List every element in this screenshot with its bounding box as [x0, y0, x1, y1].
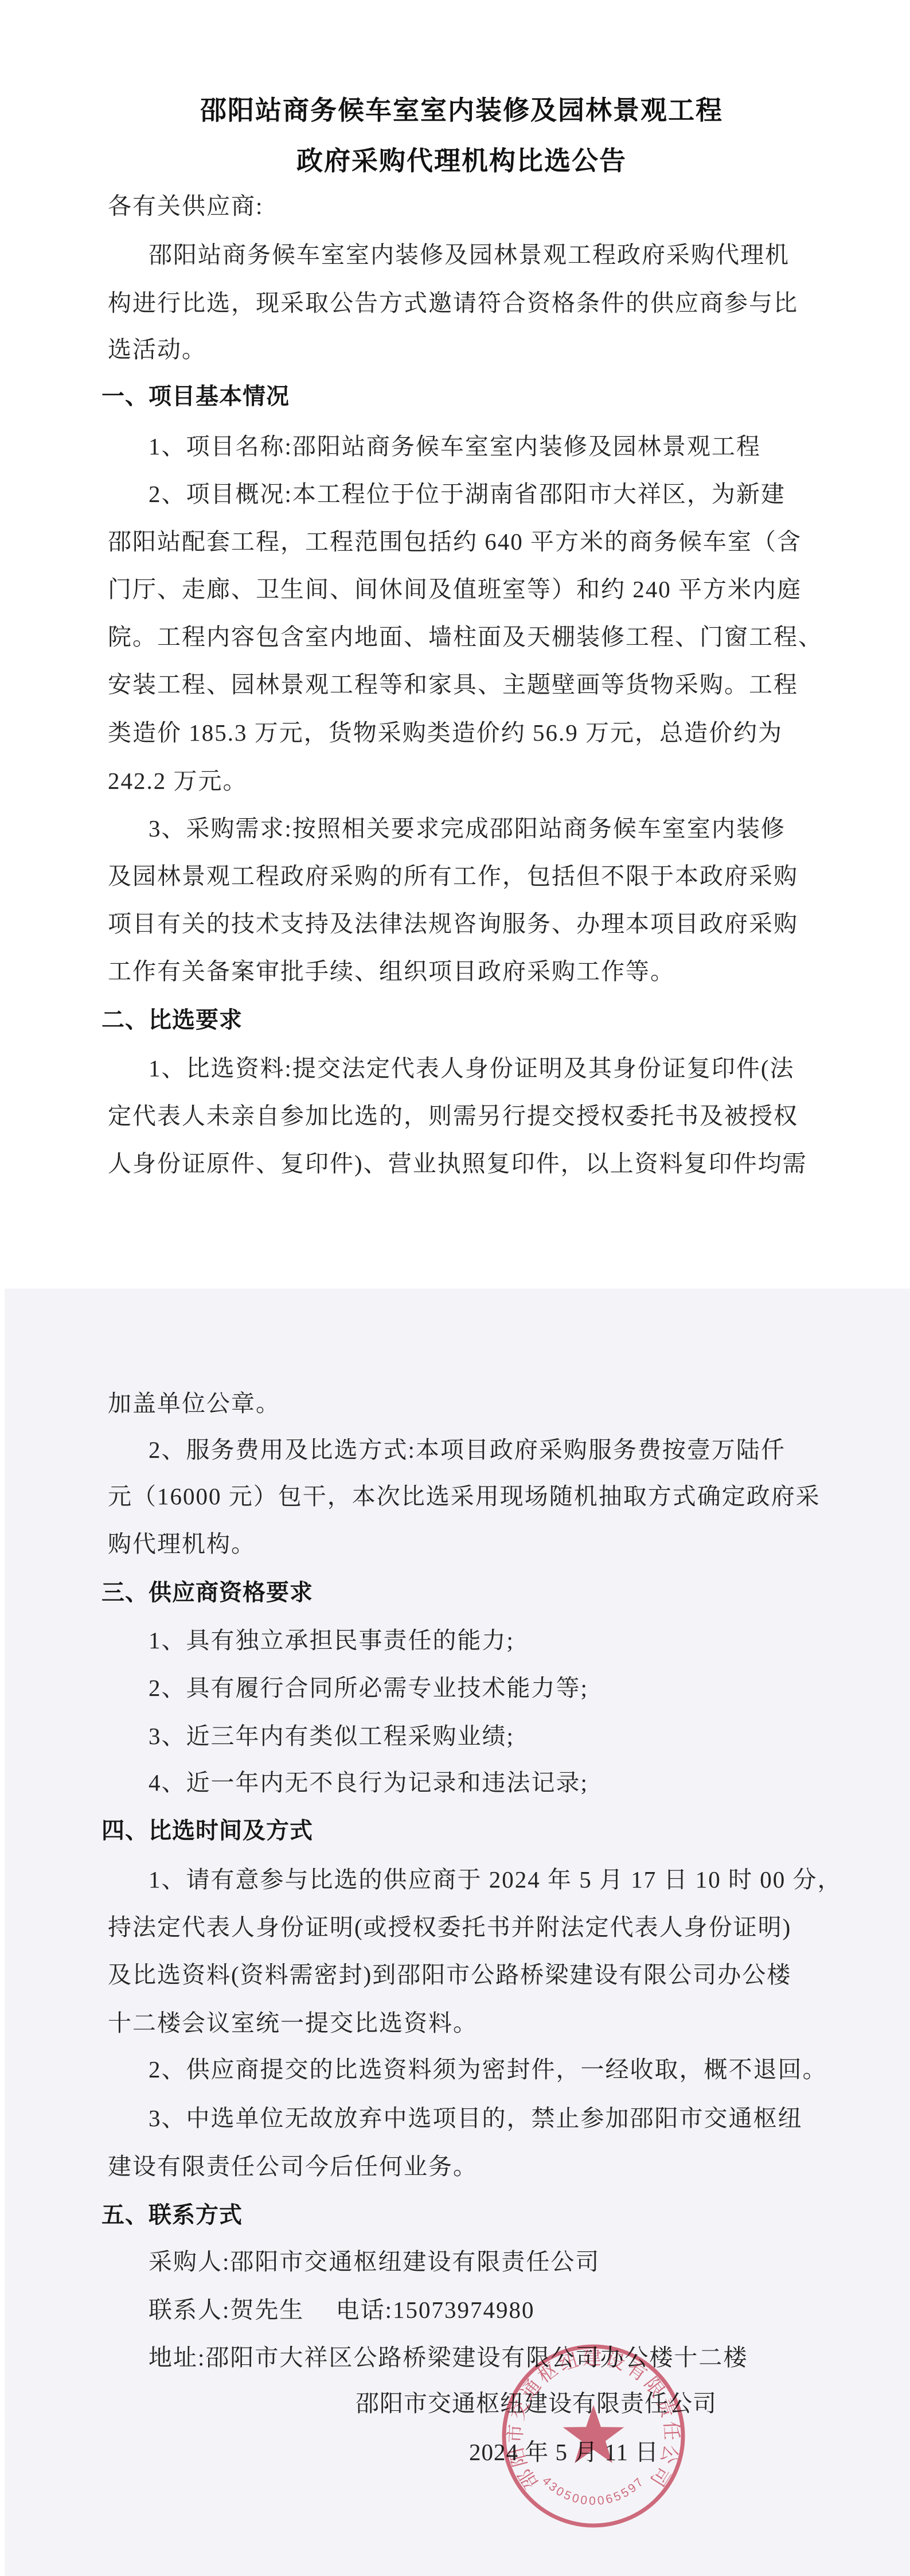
purchaser-line: 采购人:邵阳市交通枢纽建设有限责任公司: [149, 2247, 600, 2277]
doc-line: 3、近三年内有类似工程采购业绩;: [149, 1721, 514, 1751]
scanned-document: 邵阳站商务候车室室内装修及园林景观工程 政府采购代理机构比选公告 各有关供应商:…: [0, 0, 910, 2576]
doc-line: 建设有限责任公司今后任何业务。: [108, 2151, 478, 2181]
doc-line: 2、供应商提交的比选资料须为密封件，一经收取，概不退回。: [149, 2054, 827, 2084]
svg-text:4305000065597: 4305000065597: [540, 2474, 647, 2508]
doc-line: 项目有关的技术支持及法律法规咨询服务、办理本项目政府采购: [108, 909, 798, 939]
section-heading-2: 二、比选要求: [101, 1005, 243, 1035]
doc-line: 1、具有独立承担民事责任的能力;: [149, 1625, 514, 1655]
doc-line: 持法定代表人身份证明(或授权委托书并附法定代表人身份证明): [108, 1912, 791, 1942]
doc-line: 4、近一年内无不良行为记录和违法记录;: [149, 1768, 588, 1797]
doc-line: 类造价 185.3 万元，货物采购类造价约 56.9 万元，总造价约为: [108, 718, 783, 748]
doc-line: 定代表人未亲自参加比选的，则需另行提交授权委托书及被授权: [108, 1101, 798, 1131]
doc-line: 2、项目概况:本工程位于位于湖南省邵阳市大祥区，为新建: [149, 479, 786, 509]
doc-line: 2、服务费用及比选方式:本项目政府采购服务费按壹万陆仟: [149, 1435, 786, 1465]
salutation: 各有关供应商:: [108, 191, 263, 221]
company-seal: 邵阳市交通枢纽建设有限责任公司 4305000065597: [496, 2338, 691, 2534]
doc-title-line-1: 邵阳站商务候车室室内装修及园林景观工程: [0, 94, 910, 126]
doc-line: 加盖单位公章。: [108, 1388, 280, 1418]
doc-line: 构进行比选，现采取公告方式邀请符合资格条件的供应商参与比: [108, 288, 798, 318]
doc-line: 购代理机构。: [108, 1529, 256, 1559]
doc-line: 工作有关备案审批手续、组织项目政府采购工作等。: [108, 956, 675, 986]
doc-line: 3、采购需求:按照相关要求完成邵阳站商务候车室室内装修: [149, 814, 786, 843]
doc-line: 院。工程内容包含室内地面、墙柱面及天棚装修工程、门窗工程、: [108, 622, 823, 652]
doc-title-line-2: 政府采购代理机构比选公告: [0, 145, 910, 177]
doc-line: 及园林景观工程政府采购的所有工作，包括但不限于本政府采购: [108, 861, 798, 891]
doc-line: 及比选资料(资料需密封)到邵阳市公路桥梁建设有限公司办公楼: [108, 1960, 791, 1990]
doc-line: 十二楼会议室统一提交比选资料。: [108, 2008, 478, 2038]
doc-line: 人身份证原件、复印件)、营业执照复印件，以上资料复印件均需: [108, 1149, 807, 1178]
doc-line: 1、比选资料:提交法定代表人身份证明及其身份证复印件(法: [149, 1053, 795, 1083]
doc-line: 邵阳站商务候车室室内装修及园林景观工程政府采购代理机: [149, 240, 790, 270]
seal-star: [563, 2405, 624, 2463]
doc-line: 3、中选单位无故放弃中选项目的，禁止参加邵阳市交通枢纽: [149, 2103, 803, 2133]
section-heading-4: 四、比选时间及方式: [101, 1816, 313, 1846]
doc-line: 邵阳站配套工程，工程范围包括约 640 平方米的商务候车室（含: [108, 527, 802, 557]
contact-line: 联系人:贺先生 电话:15073974980: [149, 2295, 535, 2325]
section-heading-1: 一、项目基本情况: [101, 382, 290, 411]
doc-line: 2、具有履行合同所必需专业技术能力等;: [149, 1673, 588, 1703]
doc-line: 选活动。: [108, 334, 206, 364]
section-heading-3: 三、供应商资格要求: [101, 1578, 313, 1608]
seal-code-arc: 4305000065597: [540, 2474, 647, 2508]
doc-line: 242.2 万元。: [108, 766, 248, 796]
doc-line: 1、请有意参与比选的供应商于 2024 年 5 月 17 日 10 时 00 分…: [149, 1865, 842, 1894]
section-heading-5: 五、联系方式: [101, 2200, 243, 2230]
doc-line: 1、项目名称:邵阳站商务候车室室内装修及园林景观工程: [149, 431, 761, 461]
doc-line: 门厅、走廊、卫生间、间休间及值班室等）和约 240 平方米内庭: [108, 574, 802, 604]
doc-line: 元（16000 元）包干，本次比选采用现场随机抽取方式确定政府采: [108, 1481, 821, 1511]
doc-line: 安装工程、园林景观工程等和家具、主题壁画等货物采购。工程: [108, 670, 798, 699]
